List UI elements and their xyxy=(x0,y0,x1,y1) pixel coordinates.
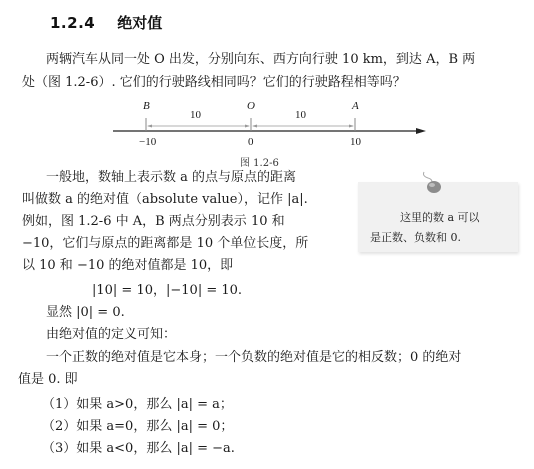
definition-line-5: 以 10 和 −10 的绝对值都是 10，即 xyxy=(22,255,233,277)
point-o-label: O xyxy=(247,100,255,112)
side-note-card: 这里的数 a 可以 是正数、负数和 0. xyxy=(358,182,518,252)
side-note-line-2: 是正数、负数和 0. xyxy=(370,228,461,248)
case-2: （2）如果 a=0，那么 |a| = 0； xyxy=(42,416,233,438)
definition-formula: |10| = 10，|−10| = 10. xyxy=(92,280,242,302)
section-number: 1.2.4 xyxy=(50,14,95,32)
case-1: （1）如果 a>0，那么 |a| = a； xyxy=(42,394,233,416)
definition-line-1: 一般地，数轴上表示数 a 的点与原点的距离 xyxy=(46,167,296,189)
section-title: 绝对值 xyxy=(117,14,162,32)
definition-line-4: −10，它们与原点的距离都是 10 个单位长度，所 xyxy=(22,233,308,255)
pushpin-icon xyxy=(418,170,448,196)
axis-arrow-icon xyxy=(416,128,426,134)
definition-line-2: 叫做数 a 的绝对值（absolute value），记作 |a|. xyxy=(22,189,308,211)
case-3: （3）如果 a<0，那么 |a| = −a. xyxy=(42,438,235,460)
value-10: 10 xyxy=(350,136,361,148)
point-b-label: B xyxy=(143,100,150,112)
intro-line-1: 两辆汽车从同一处 O 出发，分别向东、西方向行驶 10 km，到达 A，B 两 xyxy=(46,49,475,71)
distance-right-label: 10 xyxy=(295,109,306,121)
number-line-figure: B O A 10 10 −10 0 10 图 1.2-6 xyxy=(110,98,440,168)
definition-line-3: 例如，图 1.2-6 中 A，B 两点分别表示 10 和 xyxy=(22,211,285,233)
point-a-label: A xyxy=(352,100,359,112)
distance-left-label: 10 xyxy=(190,109,201,121)
side-note-line-1: 这里的数 a 可以 xyxy=(400,208,480,228)
rule-line-1: 一个正数的绝对值是它本身；一个负数的绝对值是它的相反数；0 的绝对 xyxy=(46,347,461,369)
conclusion-intro: 由绝对值的定义可知： xyxy=(46,324,176,346)
rule-line-2: 值是 0. 即 xyxy=(18,369,78,391)
section-heading: 1.2.4绝对值 xyxy=(50,12,162,33)
value-0: 0 xyxy=(248,136,254,148)
intro-line-2: 处（图 1.2-6）. 它们的行驶路线相同吗？它们的行驶路程相等吗？ xyxy=(22,72,406,94)
obvious-statement: 显然 |0| = 0. xyxy=(46,302,125,324)
value-minus-10: −10 xyxy=(139,136,156,148)
